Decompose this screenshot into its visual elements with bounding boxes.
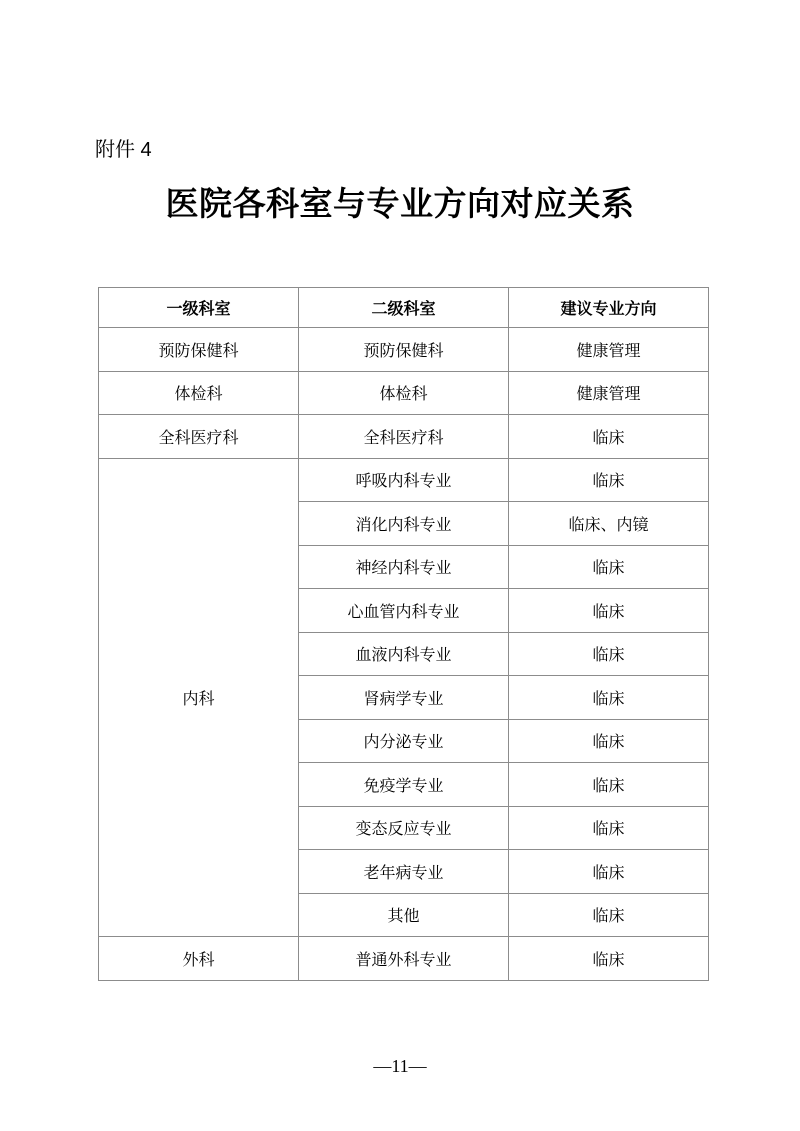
cell-level2-department: 预防保健科 [299,328,509,372]
cell-level2-department: 血液内科专业 [299,632,509,676]
cell-suggested-direction: 临床、内镜 [509,502,709,546]
cell-level1-department: 外科 [99,937,299,981]
cell-level2-department: 全科医疗科 [299,415,509,459]
cell-suggested-direction: 临床 [509,458,709,502]
cell-suggested-direction: 健康管理 [509,371,709,415]
cell-level2-department: 变态反应专业 [299,806,509,850]
cell-level2-department: 内分泌专业 [299,719,509,763]
cell-suggested-direction: 临床 [509,763,709,807]
column-header-suggested-direction: 建议专业方向 [509,288,709,328]
cell-suggested-direction: 临床 [509,589,709,633]
cell-level2-department: 神经内科专业 [299,545,509,589]
cell-level1-department: 体检科 [99,371,299,415]
cell-level2-department: 普通外科专业 [299,937,509,981]
column-header-level1-department: 一级科室 [99,288,299,328]
table-row: 预防保健科预防保健科健康管理 [99,328,709,372]
cell-suggested-direction: 临床 [509,632,709,676]
cell-suggested-direction: 临床 [509,545,709,589]
cell-level2-department: 肾病学专业 [299,676,509,720]
table-header-row: 一级科室 二级科室 建议专业方向 [99,288,709,328]
table-row: 全科医疗科全科医疗科临床 [99,415,709,459]
cell-suggested-direction: 临床 [509,676,709,720]
cell-level2-department: 体检科 [299,371,509,415]
cell-level1-department: 全科医疗科 [99,415,299,459]
cell-level2-department: 其他 [299,893,509,937]
table-body: 预防保健科预防保健科健康管理体检科体检科健康管理全科医疗科全科医疗科临床内科呼吸… [99,328,709,981]
table-row: 外科普通外科专业临床 [99,937,709,981]
cell-level2-department: 免疫学专业 [299,763,509,807]
cell-level2-department: 消化内科专业 [299,502,509,546]
cell-suggested-direction: 临床 [509,850,709,894]
department-table: 一级科室 二级科室 建议专业方向 预防保健科预防保健科健康管理体检科体检科健康管… [98,287,709,981]
cell-suggested-direction: 健康管理 [509,328,709,372]
cell-level2-department: 老年病专业 [299,850,509,894]
cell-suggested-direction: 临床 [509,719,709,763]
cell-suggested-direction: 临床 [509,806,709,850]
cell-level1-department: 内科 [99,458,299,937]
column-header-level2-department: 二级科室 [299,288,509,328]
cell-suggested-direction: 临床 [509,893,709,937]
cell-level2-department: 呼吸内科专业 [299,458,509,502]
cell-suggested-direction: 临床 [509,937,709,981]
page-number: —11— [0,1056,800,1077]
attachment-label: 附件 4 [95,138,152,162]
cell-suggested-direction: 临床 [509,415,709,459]
table-row: 内科呼吸内科专业临床 [99,458,709,502]
document-page: 附件 4 医院各科室与专业方向对应关系 一级科室 二级科室 建议专业方向 预防保… [0,0,800,1131]
cell-level1-department: 预防保健科 [99,328,299,372]
table-row: 体检科体检科健康管理 [99,371,709,415]
cell-level2-department: 心血管内科专业 [299,589,509,633]
page-title: 医院各科室与专业方向对应关系 [0,185,800,225]
